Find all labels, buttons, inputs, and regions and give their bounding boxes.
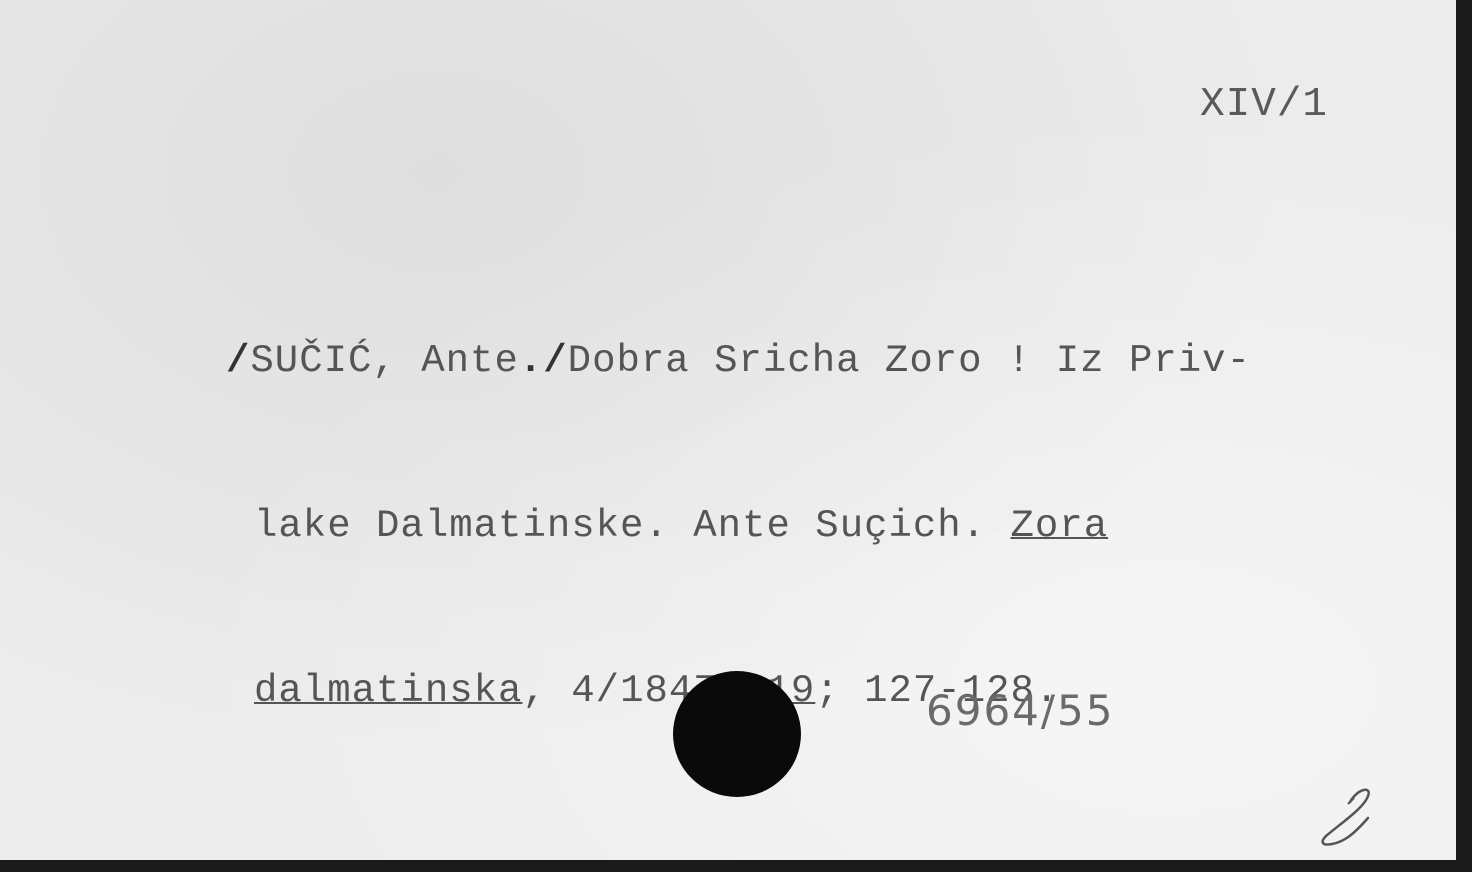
accession-number: 6964/55 (926, 686, 1114, 735)
title-start: Dobra Sricha Zoro ! Iz Priv- (568, 339, 1251, 383)
title-continued: lake Dalmatinske. Ante Suçich. (254, 504, 1011, 548)
journal-title-part2: dalmatinska (254, 669, 522, 713)
entry-line-2: lake Dalmatinske. Ante Suçich. Zora (226, 499, 1251, 554)
open-bracket-mark: / (226, 334, 250, 389)
call-number: XIV/1 (1200, 82, 1328, 128)
punch-hole (673, 671, 801, 797)
author-name: SUČIĆ, Ante (250, 339, 518, 383)
handwritten-mark-icon (1310, 784, 1380, 854)
journal-title-part1: Zora (1011, 504, 1109, 548)
close-bracket-mark: ./ (519, 334, 568, 389)
entry-line-1: /SUČIĆ, Ante./Dobra Sricha Zoro ! Iz Pri… (226, 334, 1251, 389)
catalog-card: XIV/1 /SUČIĆ, Ante./Dobra Sricha Zoro ! … (0, 0, 1462, 866)
